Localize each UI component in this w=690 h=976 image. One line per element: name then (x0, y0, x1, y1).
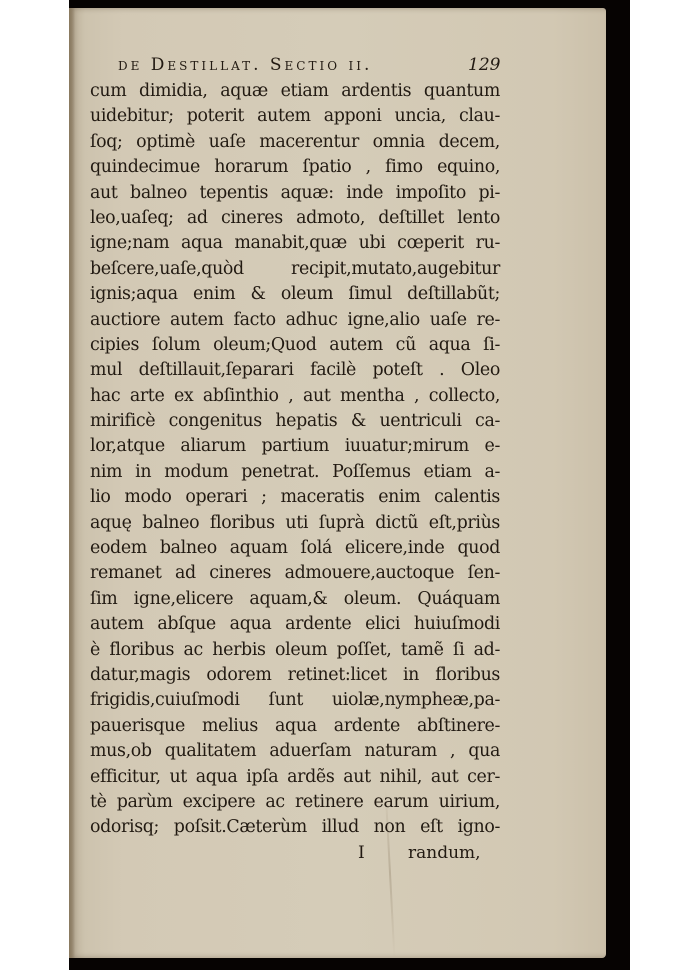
text-line: lio modo operari ; maceratis enim calent… (90, 485, 500, 510)
text-line: mul deſtillauit,ſeparari facilè poteſt .… (90, 358, 500, 383)
text-line: è floribus ac herbis oleum poſſet, tamẽ … (90, 638, 500, 663)
text-line: aquę balneo floribus uti ſuprà dictũ eſt… (90, 511, 500, 536)
text-line: tè parùm excipere ac retinere earum uiri… (90, 790, 500, 815)
text-line: eodem balneo aquam ſolá elicere,inde quo… (90, 536, 500, 561)
running-head: de Destillat. Sectio ii. 129 (90, 55, 500, 79)
text-line: beſcere,uaſe,quòd recipit,mutato,augebit… (90, 257, 500, 282)
text-line: cum dimidia, aquæ etiam ardentis quantum (90, 79, 500, 104)
running-head-title: de Destillat. Sectio ii. (118, 55, 372, 75)
text-line: datur,magis odorem retinet:licet in flor… (90, 663, 500, 688)
text-line: lor,atque aliarum partium iuuatur;mirum … (90, 434, 500, 459)
catchword: randum, (408, 843, 481, 863)
text-line: uidebitur; poterit autem apponi uncia, c… (90, 104, 500, 129)
text-line: odorisq; poſsit.Cæterùm illud non eſt ig… (90, 815, 500, 840)
page-text-block: de Destillat. Sectio ii. 129 cum dimidia… (90, 55, 500, 873)
text-line: hac arte ex abſinthio , aut mentha , col… (90, 384, 500, 409)
signature-mark: I (358, 843, 365, 863)
text-line: cipies ſolum oleum;Quod autem cũ aqua ſi… (90, 333, 500, 358)
page-number: 129 (468, 55, 500, 75)
catch-line: I randum, (90, 843, 500, 873)
text-line: ſim igne,elicere aquam,& oleum. Quáquam (90, 587, 500, 612)
text-line: igne;nam aqua manabit,quæ ubi cœperit ru… (90, 231, 500, 256)
text-line: ſoq; optimè uaſe macerentur omnia decem, (90, 130, 500, 155)
text-line: autem abſque aqua ardente elici huiuſmod… (90, 612, 500, 637)
body-text: cum dimidia, aquæ etiam ardentis quantum… (90, 79, 500, 841)
text-line: pauerisque melius aqua ardente abſtinere… (90, 714, 500, 739)
text-line: mus,ob qualitatem aduerſam naturam , qua (90, 739, 500, 764)
text-line: quindecimue horarum ſpatio , fimo equino… (90, 155, 500, 180)
text-line: ignis;aqua enim & oleum ſimul deſtillabũ… (90, 282, 500, 307)
text-line: frigidis,cuiuſmodi ſunt uiolæ,nympheæ,pa… (90, 688, 500, 713)
text-line: aut balneo tepentis aquæ: inde impoſito … (90, 181, 500, 206)
text-line: nim in modum penetrat. Poſſemus etiam a- (90, 460, 500, 485)
text-line: remanet ad cineres admouere,auctoque ſen… (90, 561, 500, 586)
text-line: mirificè congenitus hepatis & uentriculi… (90, 409, 500, 434)
text-line: leo,uaſeq; ad cineres admoto, deſtillet … (90, 206, 500, 231)
text-line: auctiore autem facto adhuc igne,alio uaſ… (90, 308, 500, 333)
text-line: efficitur, ut aqua ipſa ardẽs aut nihil,… (90, 765, 500, 790)
